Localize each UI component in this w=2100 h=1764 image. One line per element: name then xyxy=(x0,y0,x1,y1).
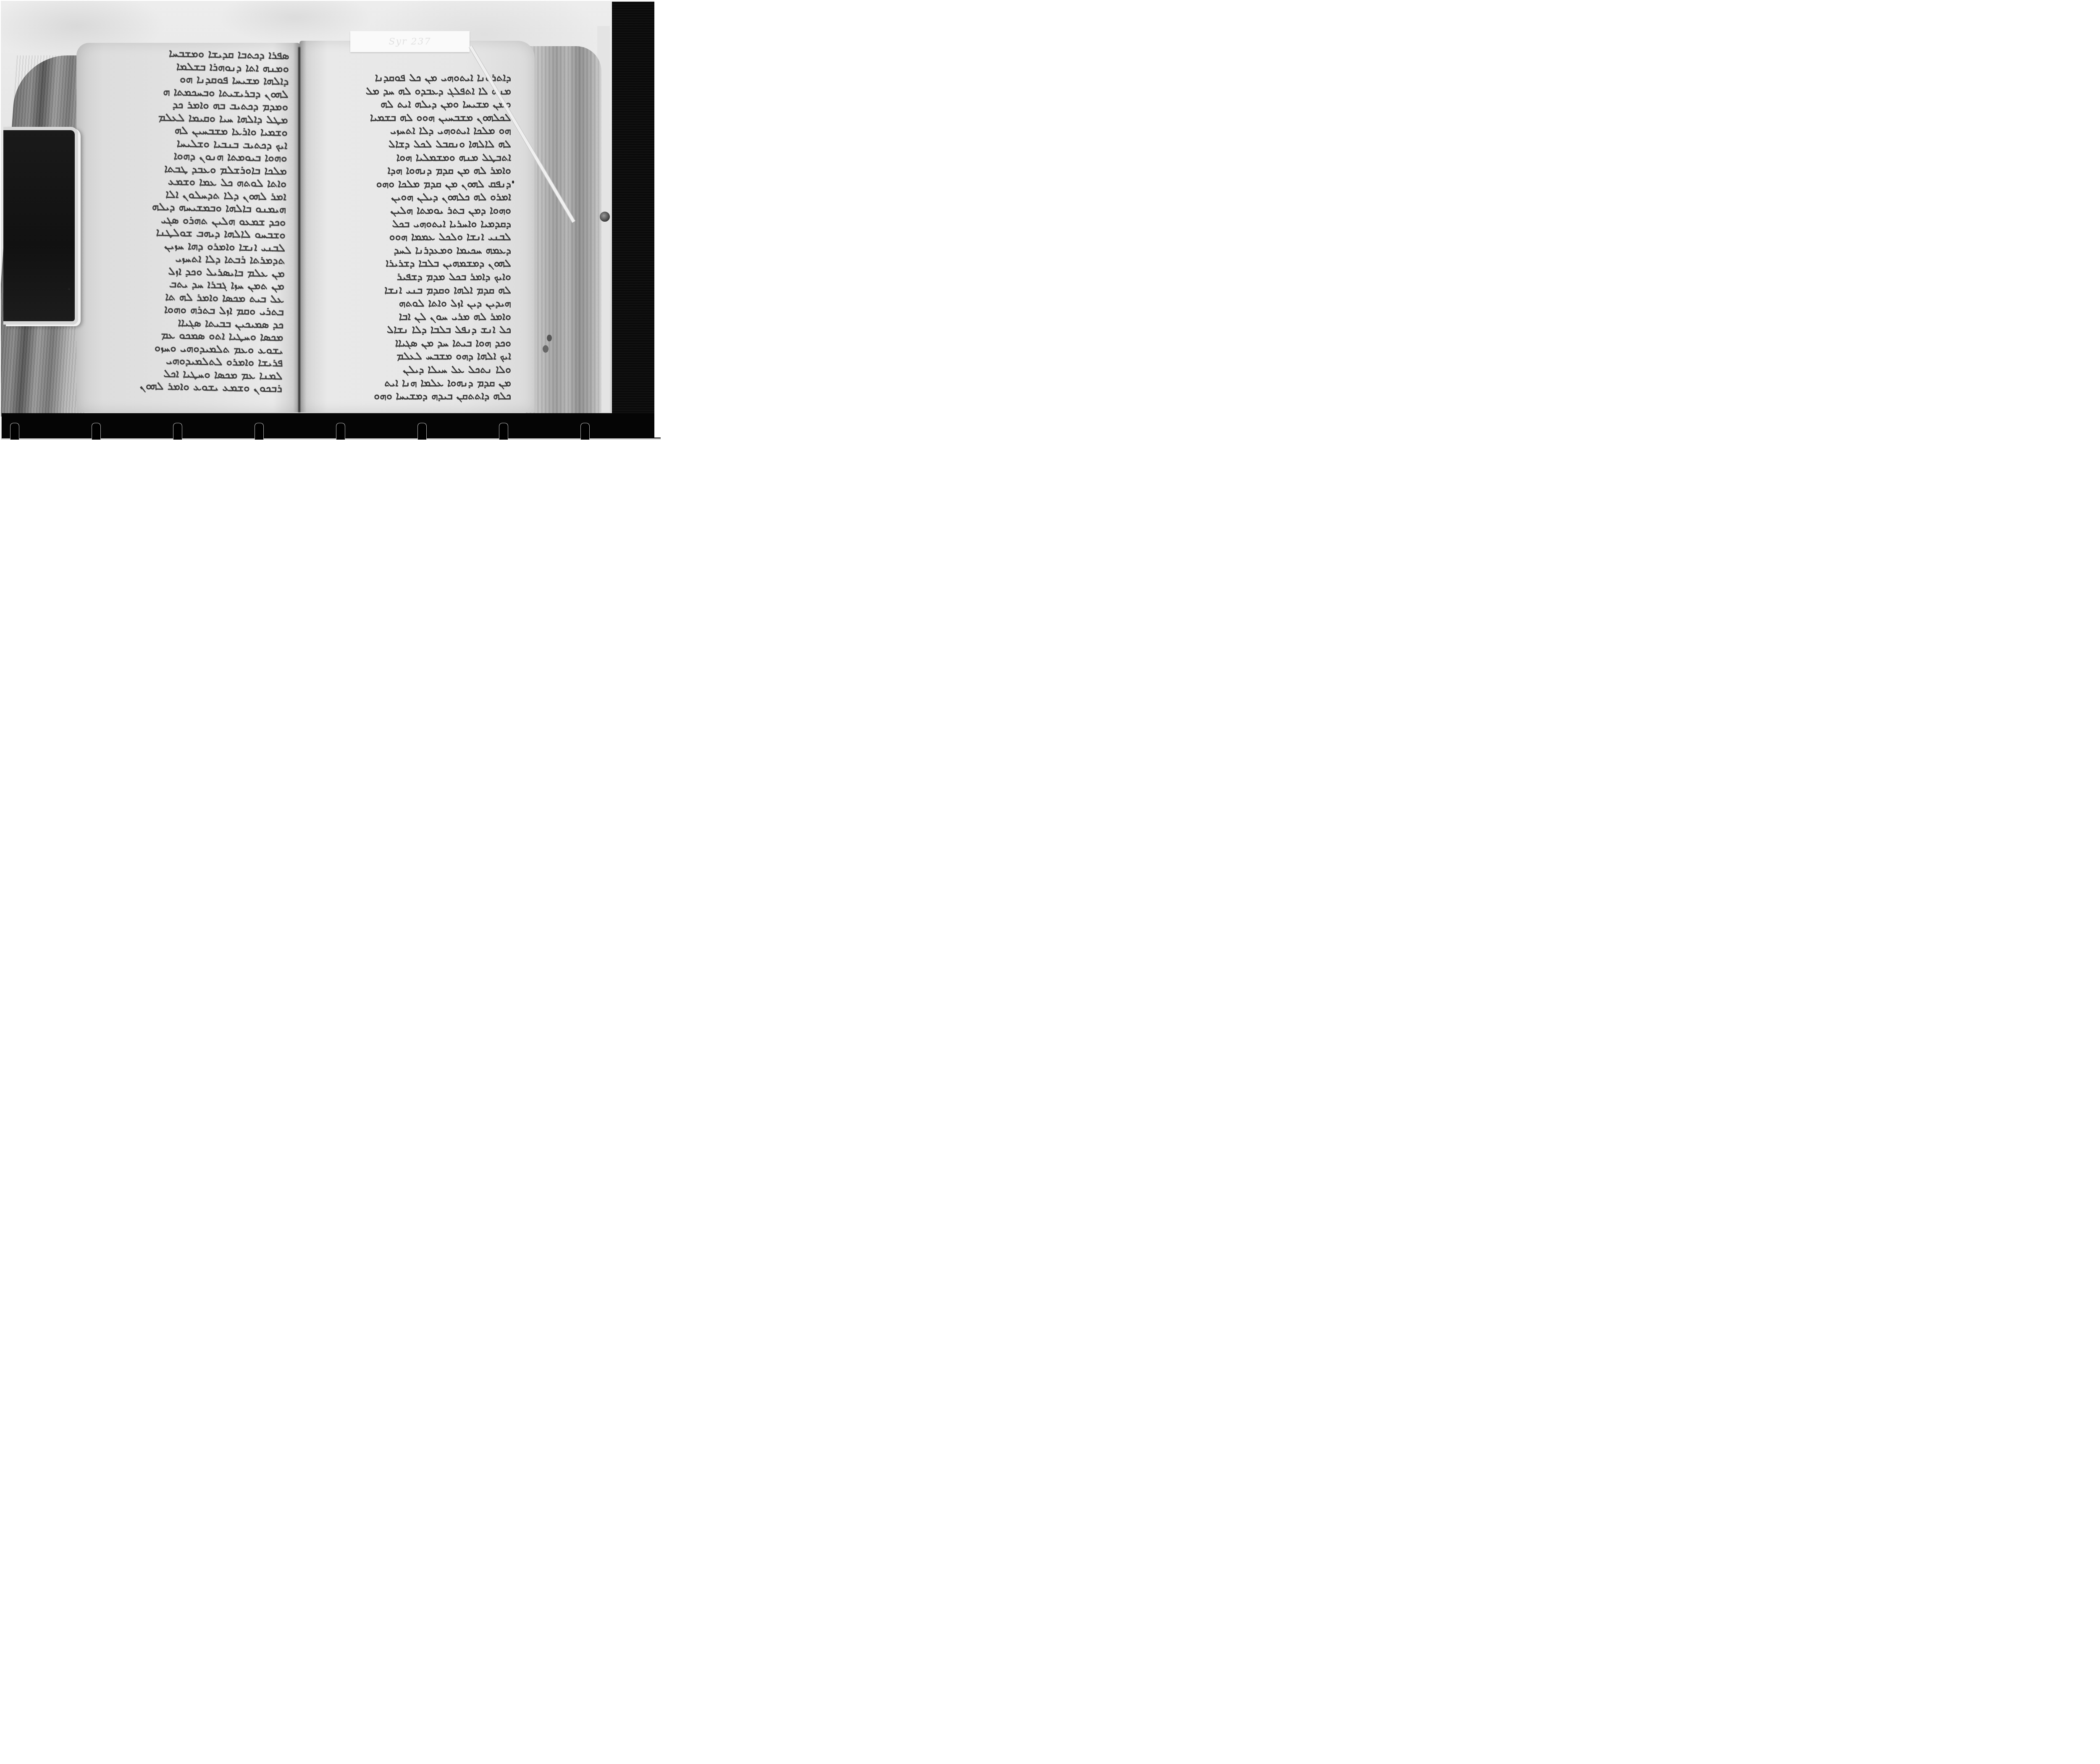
manuscript-line: ܘܠܐ ܢܬܟܠ ܥܠ ܚܝܠܐ ܕܝܠܢ xyxy=(307,364,511,377)
film-sprocket-hole xyxy=(417,423,427,440)
manuscript-line: ܘܐܝܟ ܕܐܡܪ ܒܟܠ ܡܕܡ ܕܫܦܝܪ xyxy=(307,271,511,285)
black-bound-book xyxy=(3,127,78,325)
manuscript-line: ܕܥܡܗ ܚܟܝܡܐ ܘܡܥܕܪܢܐ ܠܚܕ xyxy=(307,245,511,258)
film-sprocket-hole xyxy=(580,423,590,440)
film-sprocket-hole xyxy=(499,423,508,440)
photo-frame: ܣܦܪܐ ܕܟܬܒܐ ܩܕܝܫܐ ܘܡܫܒܚܐܘܡܢܗ ܐܬܐ ܕܢܘܗܪܐ ܒ… xyxy=(1,1,661,440)
book-gutter xyxy=(298,47,300,412)
manuscript-line: ܕܐܬܪܘܢܐ ܐܝܬܘܗܝ ܡܢ ܟܠ ܦܘܩܕܢܐ xyxy=(307,72,511,86)
manuscript-line: ܕܢܦܩ ܠܗܘܢ ܡܢ ܩܕܡ ܡܠܟܐ ܘܗܘ xyxy=(307,178,511,192)
manuscript-line: ܡܢ ܩܕܡ ܕܢܗܘܐ ܥܠܡܐ ܗܢܐ ܐܝܬ xyxy=(307,377,511,391)
manuscript-line: ܡܢܗ ܠܐ ܐܬܦܠܓ ܕܥܒܕܘ ܠܗ ܚܕ ܡܠ xyxy=(307,86,511,99)
manuscript-line: ܠܒܢܝ ܐܢܫܐ ܘܠܟܠ ܥܡܡܐ ܗܘܘ xyxy=(307,231,511,245)
manuscript-line: ܘܐܡܪ ܠܗ ܡܪܝ ܚܘܢ ܠܢ ܐܒܐ xyxy=(307,311,511,325)
stain-spot xyxy=(547,335,552,341)
manuscript-line: ܟܠܗ ܕܐܬܬܩܢ ܒܝܕܗ ܕܡܫܝܚܐ ܘܗܘ xyxy=(307,391,511,404)
manuscript-line: ܠܗ ܠܐܠܗܐ ܘܢܩܒܠ ܠܟܠ ܕܫܐܠ xyxy=(307,139,511,152)
manuscript-line: ܘܟܕ ܗܘܐ ܒܝܬܐ ܚܕ ܡܢ ܣܓܝܐܐ xyxy=(307,338,511,351)
film-sprocket-hole xyxy=(336,423,345,440)
pointer-stick-knob xyxy=(600,212,610,222)
manuscript-line: ܘܡܢ ܡܫܝܚܐ ܘܡܢ ܕܝܠܗ ܐܝܬ ܠܗ xyxy=(307,99,511,112)
manuscript-line: ܕܩܕܡܝܐ ܘܐܚܪܝܐ ܐܝܬܘܗܝ ܒܟܠ xyxy=(307,218,511,232)
film-edge-right xyxy=(612,2,655,438)
manuscript-line: ܘܗܘܐ ܕܡܢ ܒܬܪ ܝܘܡܬܐ ܗܠܝܢ xyxy=(307,205,511,218)
manuscript-line: ܗܘ ܡܠܟܐ ܐܝܬܘܗܝ ܕܠܐ ܐܬܚܙܝ xyxy=(307,125,511,139)
manuscript-line: ܟܠ ܐܢܫ ܕܢܦܠ ܒܠܒܐ ܕܠܐ ܢܫܐܠ xyxy=(307,324,511,338)
manuscript-line: ܐܬܒܛܠ ܡܢܗ ܘܡܫܡܠܝܐ ܗܘܐ xyxy=(307,152,511,165)
film-sprocket-hole xyxy=(10,423,19,440)
shelfmark-label-card: Syr 237 xyxy=(350,31,470,52)
manuscript-line: ܐܝܟ ܐܠܗܐ ܕܗܘ ܡܫܒܚ ܠܥܠܡ xyxy=(307,351,511,364)
manuscript-line: ܐܡܪܘ ܠܗ ܟܠܗܘܢ ܕܝܠܢ ܗܘܝܢ xyxy=(307,191,511,205)
manuscript-line: ܗܝܕܝܢ ܕܝܢ ܐܙܠ ܘܐܬܐ ܠܘܬܗ xyxy=(307,298,511,311)
manuscript-line: ܘܐܡܪ ܠܗ ܡܢ ܩܕܡ ܕܢܗܘܐ ܗܕܐ xyxy=(307,165,511,178)
film-sprocket-hole xyxy=(255,423,264,440)
film-sprocket-hole xyxy=(92,423,101,440)
right-page-stack-edge xyxy=(526,46,601,416)
film-sprocket-hole xyxy=(173,423,182,440)
manuscript-line: ܠܗ ܩܕܡ ܐܠܗܐ ܘܩܕܡ ܒܢܝ ܐܢܫܐ xyxy=(307,285,511,298)
manuscript-line: ܠܗܘܢ ܕܡܫܡܗܝܢ ܒܠܒܐ ܕܫܪܝܪܐ xyxy=(307,258,511,271)
manuscript-line: ܠܟܠܗܘܢ ܡܫܒܚܝܢ ܗܘܘ ܠܗ ܒܫܡܝܐ xyxy=(307,112,511,126)
scan-border xyxy=(654,1,661,438)
ink-spot xyxy=(68,288,70,290)
left-page-text: ܣܦܪܐ ܕܟܬܒܐ ܩܕܝܫܐ ܘܡܫܒܚܐܘܡܢܗ ܐܬܐ ܕܢܘܗܪܐ ܒ… xyxy=(91,46,289,398)
film-edge-bottom xyxy=(2,413,661,438)
ink-spot xyxy=(512,181,514,183)
shelfmark-text: Syr 237 xyxy=(388,37,431,47)
right-page-text: ܕܐܬܪܘܢܐ ܐܝܬܘܗܝ ܡܢ ܟܠ ܦܘܩܕܢܐܡܢܗ ܠܐ ܐܬܦܠܓ … xyxy=(307,72,511,404)
stain-spot xyxy=(543,345,549,353)
